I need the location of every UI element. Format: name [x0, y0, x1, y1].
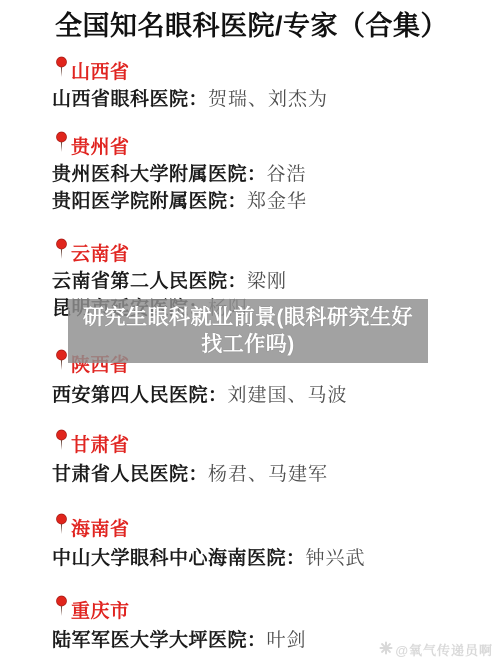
location-pin-icon [55, 513, 68, 545]
hospital-entry: 山西省眼科医院：贺瑞、刘杰为 [52, 86, 482, 113]
doctor-names: 杨君、马建军 [208, 464, 328, 485]
doctor-names: 贺瑞、刘杰为 [208, 89, 328, 110]
location-pin-icon [55, 429, 68, 461]
hospital-name: 甘肃省人民医院： [52, 464, 208, 485]
hospital-name: 贵阳医学院附属医院： [52, 191, 247, 212]
hospital-entry: 中山大学眼科中心海南医院：钟兴武 [52, 545, 482, 572]
section-header: 海南省 [52, 516, 482, 543]
doctor-names: 叶剑 [267, 630, 307, 651]
watermark: @氧气传递员啊 [379, 640, 493, 659]
doctor-names: 钟兴武 [306, 548, 366, 569]
hospital-entry: 贵州医科大学附属医院：谷浩 [52, 161, 482, 188]
section-header: 云南省 [52, 241, 482, 268]
section-shanxi: 山西省 山西省眼科医院：贺瑞、刘杰为 [52, 59, 482, 113]
watermark-logo-icon [379, 641, 393, 658]
location-pin-icon [55, 349, 68, 381]
province-label: 海南省 [71, 516, 130, 543]
section-hainan: 海南省 中山大学眼科中心海南医院：钟兴武 [52, 516, 482, 572]
location-pin-icon [55, 56, 68, 88]
hospital-entry: 西安第四人民医院：刘建国、马波 [52, 382, 482, 409]
hospital-name: 云南省第二人民医院： [52, 271, 247, 292]
doctor-names: 郑金华 [247, 191, 307, 212]
hospital-entry: 贵阳医学院附属医院：郑金华 [52, 188, 482, 215]
section-header: 甘肃省 [52, 432, 482, 459]
section-header: 山西省 [52, 59, 482, 86]
section-gansu: 甘肃省 甘肃省人民医院：杨君、马建军 [52, 432, 482, 488]
page-title: 全国知名眼科医院/专家（合集） [55, 6, 475, 46]
doctor-names: 刘建国、马波 [228, 385, 348, 406]
province-label: 云南省 [71, 241, 130, 268]
province-label: 甘肃省 [71, 432, 130, 459]
location-pin-icon [55, 238, 68, 270]
section-header: 贵州省 [52, 134, 482, 161]
location-pin-icon [55, 131, 68, 163]
hospital-name: 山西省眼科医院： [52, 89, 208, 110]
caption-line-1: 研究生眼科就业前景(眼科研究生好 [83, 304, 413, 331]
hospital-name: 陆军军医大学大坪医院： [52, 630, 267, 651]
province-label: 山西省 [71, 59, 130, 86]
hospital-entry: 云南省第二人民医院：梁刚 [52, 268, 482, 295]
watermark-text: @氧气传递员啊 [395, 640, 493, 659]
caption-overlay: 研究生眼科就业前景(眼科研究生好 找工作吗) [68, 299, 428, 363]
hospital-name: 西安第四人民医院： [52, 385, 228, 406]
section-header: 重庆市 [52, 598, 482, 625]
caption-line-2: 找工作吗) [201, 331, 295, 358]
province-label: 贵州省 [71, 134, 130, 161]
hospital-name: 贵州医科大学附属医院： [52, 164, 267, 185]
section-guizhou: 贵州省 贵州医科大学附属医院：谷浩 贵阳医学院附属医院：郑金华 [52, 134, 482, 215]
hospital-name: 中山大学眼科中心海南医院： [52, 548, 306, 569]
infographic-canvas: 全国知名眼科医院/专家（合集） 山西省 山西省眼科医院：贺瑞、刘杰为 贵州省 贵… [0, 0, 500, 668]
location-pin-icon [55, 595, 68, 627]
hospital-entry: 甘肃省人民医院：杨君、马建军 [52, 461, 482, 488]
doctor-names: 梁刚 [247, 271, 287, 292]
doctor-names: 谷浩 [267, 164, 307, 185]
province-label: 重庆市 [71, 598, 130, 625]
